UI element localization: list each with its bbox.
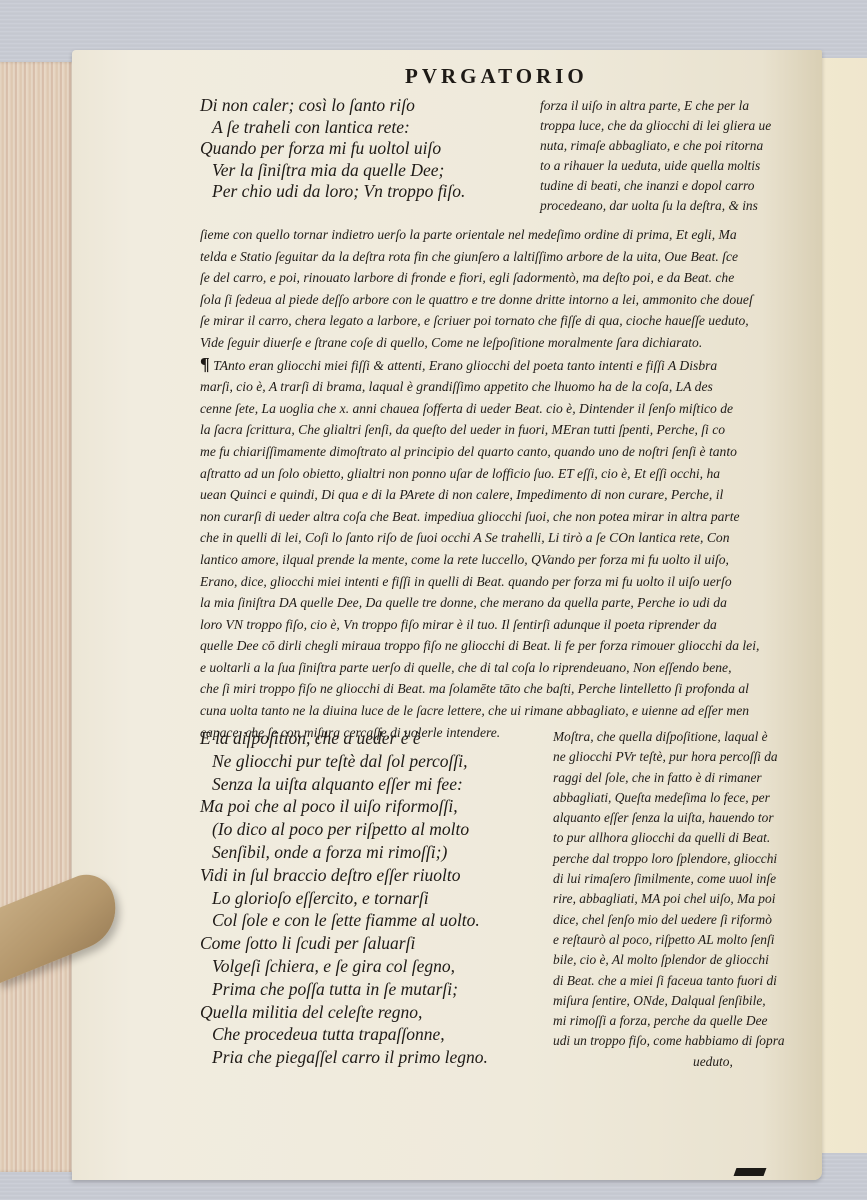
- commentary-line: non curarſi di ueder altra coſa che Beat…: [200, 506, 800, 528]
- commentary-line: Vide ſeguir diuerſe e ſtrane coſe di que…: [200, 332, 800, 354]
- commentary-line: la ſacra ſcrittura, Che glialtri ſenſi, …: [200, 419, 800, 441]
- commentary-line: quelle Dee cō dirli chegli miraua troppo…: [200, 635, 800, 657]
- gloss-line: mi rimoſſi a forza, perche da quelle Dee: [553, 1011, 785, 1031]
- verse-line: Quando per forza mi fu uoltol uiſo: [200, 138, 465, 160]
- gloss-line: procedeano, dar uolta ſu la deſtra, & in…: [540, 196, 771, 216]
- commentary-line: ſola ſi ſedeua al piede deſſo arbore con…: [200, 289, 800, 311]
- commentary-block: ſieme con quello tornar indietro uerſo l…: [200, 224, 800, 743]
- verse-line: Pria che piegaſſel carro il primo legno.: [200, 1046, 488, 1069]
- commentary-line: marſi, cio è, A trarſi di brama, laqual …: [200, 376, 800, 398]
- verse-line: E la diſpoſition, che a ueder è è: [200, 727, 488, 750]
- verse-line: Di non caler; così lo ſanto riſo: [200, 95, 465, 117]
- page-edges: [0, 62, 78, 1172]
- verse-line: Ver la ſiniſtra mia da quelle Dee;: [200, 160, 465, 182]
- paragraph-mark-icon: ¶: [200, 354, 210, 374]
- commentary-line: cenne ſete, La uoglia che x. anni chauea…: [200, 398, 800, 420]
- commentary-line: la mia ſiniſtra DA quelle Dee, Da quelle…: [200, 592, 800, 614]
- verse-line: (Io dico al poco per riſpetto al molto: [200, 818, 488, 841]
- gloss-line: alquanto eſſer ſenza la uiſta, hauendo t…: [553, 808, 785, 828]
- commentary-line: TAnto eran gliocchi miei fiſſi & attenti…: [213, 358, 717, 373]
- commentary-line: uean Quinci e quindi, Di qua e di la PAr…: [200, 484, 800, 506]
- gloss-line: abbagliati, Queſta medeſima lo fece, per: [553, 788, 785, 808]
- gloss-line: di Beat. che a miei ſi faceua tanto fuor…: [553, 971, 785, 991]
- commentary-line: aſtratto ad un ſolo obietto, glialtri no…: [200, 463, 800, 485]
- gloss-line: Moſtra, che quella diſpoſitione, laqual …: [553, 727, 785, 747]
- verse-line: Quella militia del celeſte regno,: [200, 1001, 488, 1024]
- gloss-line: e reſtaurò al poco, riſpetto AL molto ſe…: [553, 930, 785, 950]
- verse-line: Col ſole e con le ſette fiamme al uolto.: [200, 909, 488, 932]
- verse-line: Che procedeua tutta trapaſſonne,: [200, 1023, 488, 1046]
- gloss-line: miſura ſentire, ONde, Dalqual ſenſibile,: [553, 991, 785, 1011]
- commentary-line: ſe del carro, e poi, rinouato larbore di…: [200, 267, 800, 289]
- bottom-verse: E la diſpoſition, che a ueder è è Ne gli…: [200, 727, 488, 1069]
- verse-line: Senſibil, onde a forza mi rimoſſi;): [200, 841, 488, 864]
- commentary-line: telda e Statio ſeguitar da la deſtra rot…: [200, 246, 800, 268]
- gloss-line: rire, abbagliati, MA poi chel uiſo, Ma p…: [553, 889, 785, 909]
- bottom-gloss: Moſtra, che quella diſpoſitione, laqual …: [553, 727, 785, 1072]
- commentary-line: che in quelli di lei, Coſi lo ſanto riſo…: [200, 527, 800, 549]
- gloss-line: perche dal troppo loro ſplendore, gliocc…: [553, 849, 785, 869]
- commentary-paragraph-start: ¶ TAnto eran gliocchi miei fiſſi & atten…: [200, 354, 800, 377]
- commentary-line: cuna uolta tanto ne la diuina luce de le…: [200, 700, 800, 722]
- top-verse: Di non caler; così lo ſanto riſo A ſe tr…: [200, 95, 465, 203]
- commentary-line: ſe mirar il carro, chera legato a larbor…: [200, 310, 800, 332]
- commentary-line: che ſi miri troppo fiſo ne gliocchi di B…: [200, 678, 800, 700]
- verse-line: Vidi in ſul braccio deſtro eſſer riuolto: [200, 864, 488, 887]
- verse-line: Ma poi che al poco il uiſo riformoſſi,: [200, 795, 488, 818]
- verse-line: Prima che poſſa tutta in ſe mutarſi;: [200, 978, 488, 1001]
- commentary-line: loro VN troppo fiſo, cio è, Vn troppo fi…: [200, 614, 800, 636]
- gloss-line: udi un troppo fiſo, come habbiamo di ſop…: [553, 1031, 785, 1051]
- commentary-line: lantico amore, ilqual prende la mente, c…: [200, 549, 800, 571]
- commentary-line: Erano, dice, gliocchi miei intenti e fiſ…: [200, 571, 800, 593]
- verse-line: Lo glorioſo eſſercito, e tornarſi: [200, 887, 488, 910]
- gloss-line: di lui rimaſero ſimilmente, come uuol in…: [553, 869, 785, 889]
- commentary-line: ſieme con quello tornar indietro uerſo l…: [200, 224, 800, 246]
- gloss-line: ne gliocchi PVr teſtè, pur hora percoſſi…: [553, 747, 785, 767]
- running-head: PVRGATORIO: [405, 64, 615, 89]
- top-gloss: forza il uiſo in altra parte, E che per …: [540, 96, 771, 216]
- gloss-line: ueduto,: [553, 1052, 785, 1072]
- facing-page-edge: [815, 58, 867, 1153]
- commentary-line: e uoltarli a la ſua ſiniſtra parte uerſo…: [200, 657, 800, 679]
- gloss-line: forza il uiſo in altra parte, E che per …: [540, 96, 771, 116]
- gloss-line: to pur allhora gliocchi da quelli di Bea…: [553, 828, 785, 848]
- gloss-line: troppa luce, che da gliocchi di lei glie…: [540, 116, 771, 136]
- gloss-line: to a rihauer la ueduta, uide quella molt…: [540, 156, 771, 176]
- verse-line: Volgeſi ſchiera, e ſe gira col ſegno,: [200, 955, 488, 978]
- verse-line: Come ſotto li ſcudi per ſaluarſi: [200, 932, 488, 955]
- gloss-line: nuta, rimaſe abbagliato, e che poi ritor…: [540, 136, 771, 156]
- verse-line: Ne gliocchi pur teſtè dal ſol percoſſi,: [200, 750, 488, 773]
- page-clip: [734, 1168, 767, 1176]
- gloss-line: raggi del ſole, che in fatto è di rimane…: [553, 768, 785, 788]
- gloss-line: bile, cio è, Al molto ſplendor de gliocc…: [553, 950, 785, 970]
- verse-line: Per chio udi da loro; Vn troppo fiſo.: [200, 181, 465, 203]
- verse-line: Senza la uiſta alquanto eſſer mi fee:: [200, 773, 488, 796]
- commentary-line: me fu chiariſſimamente dimoſtrato al pri…: [200, 441, 800, 463]
- gloss-line: tudine di beati, che inanzi e dopol carr…: [540, 176, 771, 196]
- verse-line: A ſe traheli con lantica rete:: [200, 117, 465, 139]
- gloss-line: dice, chel ſenſo mio del uedere ſi rifor…: [553, 910, 785, 930]
